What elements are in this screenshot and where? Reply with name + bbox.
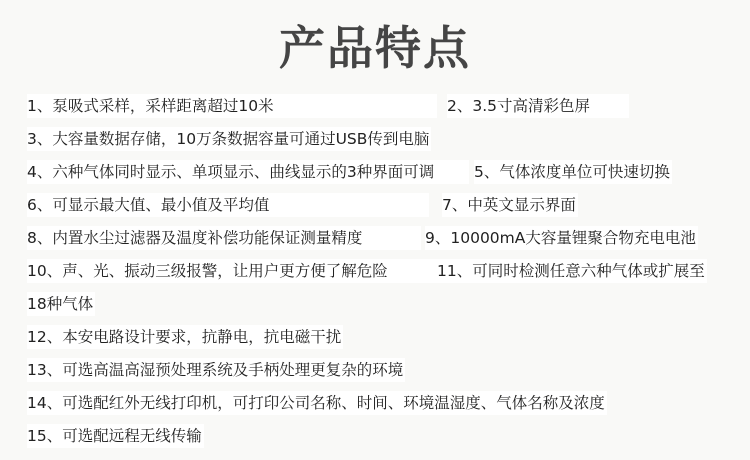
feature-6: 6、可显示最大值、最小值及平均值 (27, 193, 429, 217)
feature-11-continued: 18种气体 (27, 292, 95, 316)
page-title: 产品特点 (0, 18, 750, 78)
feature-9: 9、10000mA大容量锂聚合物充电电池 (425, 226, 698, 250)
feature-5: 5、气体浓度单位可快速切换 (474, 160, 672, 184)
feature-4: 4、六种气体同时显示、单项显示、曲线显示的3种界面可调 (27, 160, 469, 184)
feature-14: 14、可选配红外无线打印机，可打印公司名称、时间、环境温湿度、气体名称及浓度 (27, 391, 607, 415)
feature-12: 12、本安电路设计要求，抗静电，抗电磁干扰 (27, 325, 343, 349)
feature-1: 1、泵吸式采样，采样距离超过10米 (27, 94, 437, 118)
feature-7: 7、中英文显示界面 (442, 193, 578, 217)
feature-3: 3、大容量数据存储，10万条数据容量可通过USB传到电脑 (27, 127, 431, 151)
feature-2: 2、3.5寸高清彩色屏 (447, 94, 629, 118)
feature-11: 11、可同时检测任意六种气体或扩展至 (437, 259, 707, 283)
feature-15: 15、可选配远程无线传输 (27, 424, 204, 448)
feature-10: 10、声、光、振动三级报警，让用户更方便了解危险 (27, 259, 449, 283)
feature-13: 13、可选高温高湿预处理系统及手柄处理更复杂的环境 (27, 358, 405, 382)
feature-8: 8、内置水尘过滤器及温度补偿功能保证测量精度 (27, 226, 421, 250)
